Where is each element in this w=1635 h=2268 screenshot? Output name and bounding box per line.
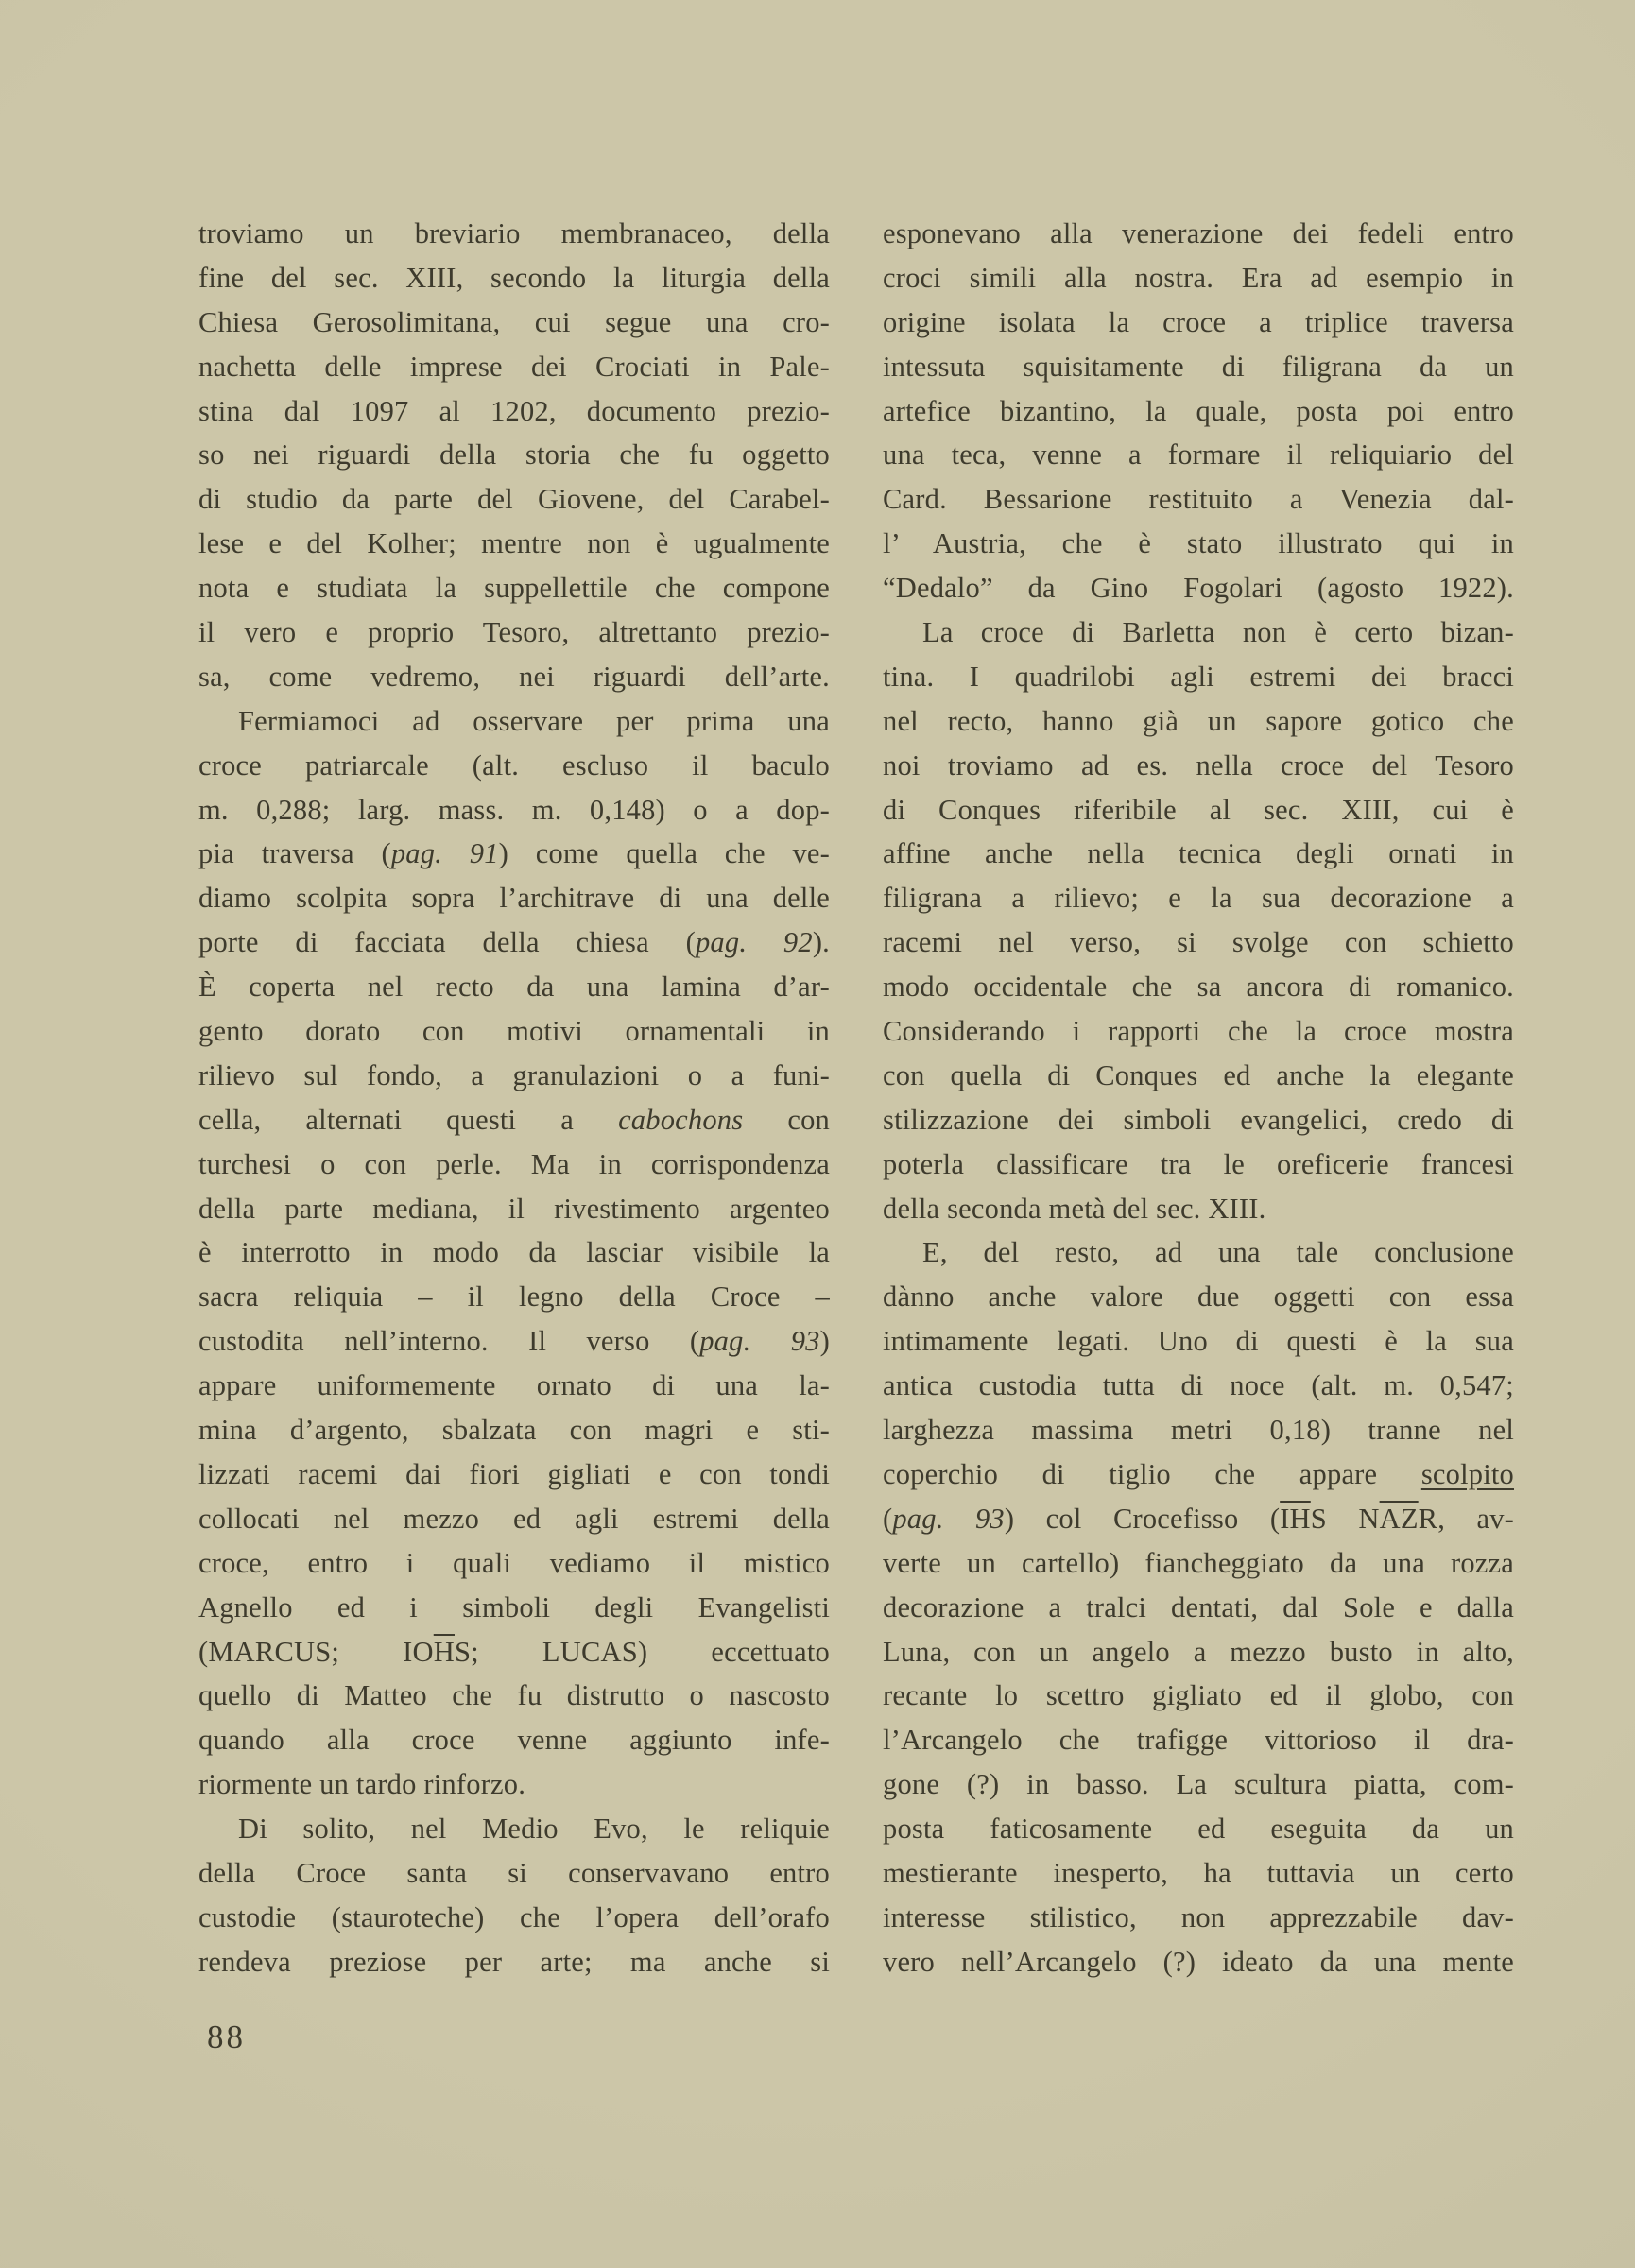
text-line: croce patriarcale (alt. escluso il bacul…: [198, 744, 830, 788]
text-line: nachetta delle imprese dei Crociati in P…: [198, 345, 830, 389]
text-line: quello di Matteo che fu distrutto o nasc…: [198, 1674, 830, 1718]
text-line: noi troviamo ad es. nella croce del Teso…: [883, 744, 1514, 788]
text-line: Chiesa Gerosolimitana, cui segue una cro…: [198, 301, 830, 345]
text-line: intessuta squisitamente di filigrana da …: [883, 345, 1514, 389]
text-line: cella, alternati questi a cabochons con: [198, 1098, 830, 1143]
text-line: gento dorato con motivi ornamentali in: [198, 1009, 830, 1054]
text-line: nota e studiata la suppellettile che com…: [198, 566, 830, 610]
text-line: croce, entro i quali vediamo il mistico: [198, 1541, 830, 1586]
text-line: di studio da parte del Giovene, del Cara…: [198, 477, 830, 522]
text-line: Di solito, nel Medio Evo, le reliquie: [198, 1807, 830, 1851]
text-line: custodie (stauroteche) che l’opera dell’…: [198, 1896, 830, 1940]
column-right: esponevano alla venerazione dei fedeli e…: [883, 212, 1514, 1984]
text-line: stina dal 1097 al 1202, documento prezio…: [198, 389, 830, 434]
text-line: verte un cartello) fiancheggiato da una …: [883, 1541, 1514, 1586]
text-line: È coperta nel recto da una lamina d’ar-: [198, 965, 830, 1009]
text-line: nel recto, hanno già un sapore gotico ch…: [883, 699, 1514, 744]
text-line: pia traversa (pag. 91) come quella che v…: [198, 832, 830, 876]
text-line: della Croce santa si conservavano entro: [198, 1851, 830, 1896]
text-line: posta faticosamente ed eseguita da un: [883, 1807, 1514, 1851]
text-line: interesse stilistico, non apprezzabile d…: [883, 1896, 1514, 1940]
text-line: di Conques riferibile al sec. XIII, cui …: [883, 788, 1514, 833]
text-line: affine anche nella tecnica degli ornati …: [883, 832, 1514, 876]
page-number: 88: [207, 2019, 246, 2056]
text-line: Considerando i rapporti che la croce mos…: [883, 1009, 1514, 1054]
text-line: racemi nel verso, si svolge con schietto: [883, 920, 1514, 965]
text-line: rendeva preziose per arte; ma anche si: [198, 1940, 830, 1984]
text-line: fine del sec. XIII, secondo la liturgia …: [198, 256, 830, 301]
text-line: modo occidentale che sa ancora di romani…: [883, 965, 1514, 1009]
text-line: (MARCUS; IOHS; LUCAS) eccettuato: [198, 1630, 830, 1675]
text-line: dànno anche valore due oggetti con essa: [883, 1275, 1514, 1319]
text-line: vero nell’Arcangelo (?) ideato da una me…: [883, 1940, 1514, 1984]
text-line: gone (?) in basso. La scultura piatta, c…: [883, 1762, 1514, 1807]
text-line: larghezza massima metri 0,18) tranne nel: [883, 1408, 1514, 1452]
text-line: origine isolata la croce a triplice trav…: [883, 301, 1514, 345]
text-line: mina d’argento, sbalzata con magri e sti…: [198, 1408, 830, 1452]
text-line: riormente un tardo rinforzo.: [198, 1762, 830, 1807]
text-line: lese e del Kolher; mentre non è ugualmen…: [198, 522, 830, 566]
text-line: quando alla croce venne aggiunto infe-: [198, 1718, 830, 1762]
text-line: rilievo sul fondo, a granulazioni o a fu…: [198, 1054, 830, 1098]
text-line: collocati nel mezzo ed agli estremi dell…: [198, 1497, 830, 1541]
text-line: so nei riguardi della storia che fu ogge…: [198, 433, 830, 477]
text-line: La croce di Barletta non è certo bizan-: [883, 610, 1514, 655]
text-line: troviamo un breviario membranaceo, della: [198, 212, 830, 256]
text-line: Agnello ed i simboli degli Evangelisti: [198, 1586, 830, 1630]
text-line: una teca, venne a formare il reliquiario…: [883, 433, 1514, 477]
text-line: artefice bizantino, la quale, posta poi …: [883, 389, 1514, 434]
text-line: della seconda metà del sec. XIII.: [883, 1187, 1514, 1231]
text-line: Fermiamoci ad osservare per prima una: [198, 699, 830, 744]
text-line: lizzati racemi dai fiori gigliati e con …: [198, 1452, 830, 1497]
text-line: m. 0,288; larg. mass. m. 0,148) o a dop-: [198, 788, 830, 833]
text-line: mestierante inesperto, ha tuttavia un ce…: [883, 1851, 1514, 1896]
text-line: croci simili alla nostra. Era ad esempio…: [883, 256, 1514, 301]
text-line: sacra reliquia – il legno della Croce –: [198, 1275, 830, 1319]
text-line: appare uniformemente ornato di una la-: [198, 1364, 830, 1408]
text-line: l’Arcangelo che trafigge vittorioso il d…: [883, 1718, 1514, 1762]
text-line: tina. I quadrilobi agli estremi dei brac…: [883, 655, 1514, 699]
text-columns: troviamo un breviario membranaceo, della…: [198, 212, 1514, 1984]
text-line: filigrana a rilievo; e la sua decorazion…: [883, 876, 1514, 920]
text-line: intimamente legati. Uno di questi è la s…: [883, 1319, 1514, 1364]
text-line: recante lo scettro gigliato ed il globo,…: [883, 1674, 1514, 1718]
column-left: troviamo un breviario membranaceo, della…: [198, 212, 830, 1984]
text-line: il vero e proprio Tesoro, altrettanto pr…: [198, 610, 830, 655]
text-line: è interrotto in modo da lasciar visibile…: [198, 1230, 830, 1275]
text-line: l’ Austria, che è stato illustrato qui i…: [883, 522, 1514, 566]
text-line: poterla classificare tra le oreficerie f…: [883, 1143, 1514, 1187]
text-line: diamo scolpita sopra l’architrave di una…: [198, 876, 830, 920]
text-line: coperchio di tiglio che appare scolpito: [883, 1452, 1514, 1497]
text-line: decorazione a tralci dentati, dal Sole e…: [883, 1586, 1514, 1630]
text-line: esponevano alla venerazione dei fedeli e…: [883, 212, 1514, 256]
text-line: sa, come vedremo, nei riguardi dell’arte…: [198, 655, 830, 699]
text-line: “Dedalo” da Gino Fogolari (agosto 1922).: [883, 566, 1514, 610]
text-line: turchesi o con perle. Ma in corrisponden…: [198, 1143, 830, 1187]
text-line: con quella di Conques ed anche la elegan…: [883, 1054, 1514, 1098]
text-line: E, del resto, ad una tale conclusione: [883, 1230, 1514, 1275]
text-line: porte di facciata della chiesa (pag. 92)…: [198, 920, 830, 965]
text-line: della parte mediana, il rivestimento arg…: [198, 1187, 830, 1231]
text-line: Card. Bessarione restituito a Venezia da…: [883, 477, 1514, 522]
text-line: Luna, con un angelo a mezzo busto in alt…: [883, 1630, 1514, 1675]
book-page-scan: troviamo un breviario membranaceo, della…: [0, 0, 1635, 2268]
text-line: antica custodia tutta di noce (alt. m. 0…: [883, 1364, 1514, 1408]
text-line: custodita nell’interno. Il verso (pag. 9…: [198, 1319, 830, 1364]
text-line: (pag. 93) col Crocefisso (IHS NAZR, av-: [883, 1497, 1514, 1541]
text-line: stilizzazione dei simboli evangelici, cr…: [883, 1098, 1514, 1143]
